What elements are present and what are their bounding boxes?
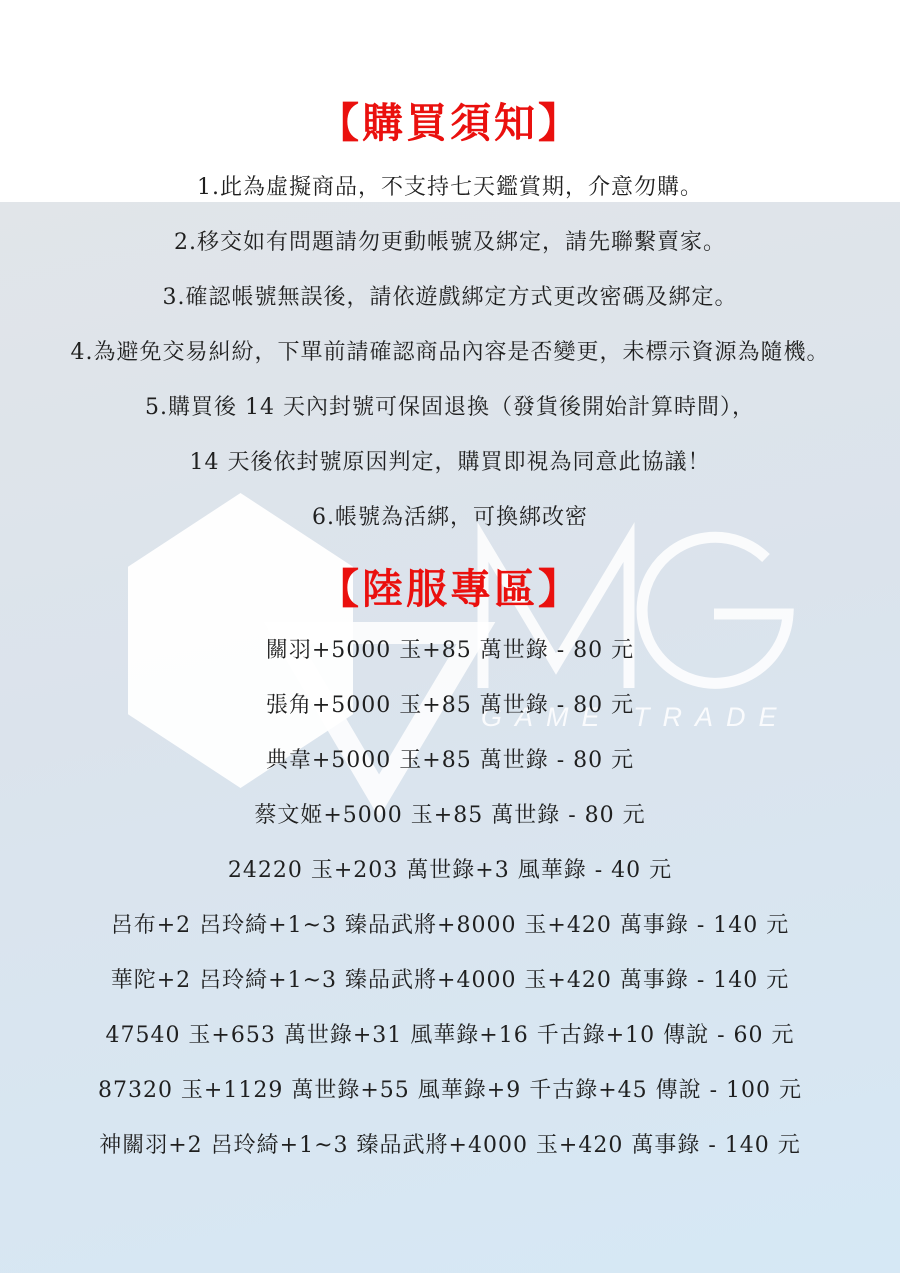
- notice-line: 1.此為虛擬商品，不支持七天鑑賞期，介意勿購。: [0, 160, 900, 215]
- listing-notice-page: GAME TRADE 【購買須知】 1.此為虛擬商品，不支持七天鑑賞期，介意勿購…: [0, 0, 900, 1273]
- product-line: 神關羽+2 呂玲綺+1~3 臻品武將+4000 玉+420 萬事錄 - 140 …: [0, 1118, 900, 1173]
- product-list: 關羽+5000 玉+85 萬世錄 - 80 元張角+5000 玉+85 萬世錄 …: [0, 623, 900, 1173]
- page-content: 【購買須知】 1.此為虛擬商品，不支持七天鑑賞期，介意勿購。2.移交如有問題請勿…: [0, 0, 900, 1273]
- product-line: 典韋+5000 玉+85 萬世錄 - 80 元: [0, 733, 900, 788]
- product-line: 呂布+2 呂玲綺+1~3 臻品武將+8000 玉+420 萬事錄 - 140 元: [0, 898, 900, 953]
- product-line: 關羽+5000 玉+85 萬世錄 - 80 元: [0, 623, 900, 678]
- notice-line: 5.購買後 14 天內封號可保固退換（發貨後開始計算時間），: [0, 380, 900, 435]
- product-line: 蔡文姬+5000 玉+85 萬世錄 - 80 元: [0, 788, 900, 843]
- notice-list: 1.此為虛擬商品，不支持七天鑑賞期，介意勿購。2.移交如有問題請勿更動帳號及綁定…: [0, 160, 900, 545]
- notice-line: 6.帳號為活綁，可換綁改密: [0, 490, 900, 545]
- product-line: 87320 玉+1129 萬世錄+55 風華錄+9 千古錄+45 傳說 - 10…: [0, 1063, 900, 1118]
- product-line: 47540 玉+653 萬世錄+31 風華錄+16 千古錄+10 傳說 - 60…: [0, 1008, 900, 1063]
- notice-line: 2.移交如有問題請勿更動帳號及綁定，請先聯繫賣家。: [0, 215, 900, 270]
- product-line: 24220 玉+203 萬世錄+3 風華錄 - 40 元: [0, 843, 900, 898]
- cn-server-section-title: 【陸服專區】: [0, 560, 900, 618]
- notice-line: 3.確認帳號無誤後，請依遊戲綁定方式更改密碼及綁定。: [0, 270, 900, 325]
- purchase-notice-title: 【購買須知】: [0, 94, 900, 152]
- product-line: 華陀+2 呂玲綺+1~3 臻品武將+4000 玉+420 萬事錄 - 140 元: [0, 953, 900, 1008]
- notice-line: 4.為避免交易糾紛，下單前請確認商品內容是否變更，未標示資源為隨機。: [0, 325, 900, 380]
- notice-line: 14 天後依封號原因判定，購買即視為同意此協議！: [0, 435, 900, 490]
- product-line: 張角+5000 玉+85 萬世錄 - 80 元: [0, 678, 900, 733]
